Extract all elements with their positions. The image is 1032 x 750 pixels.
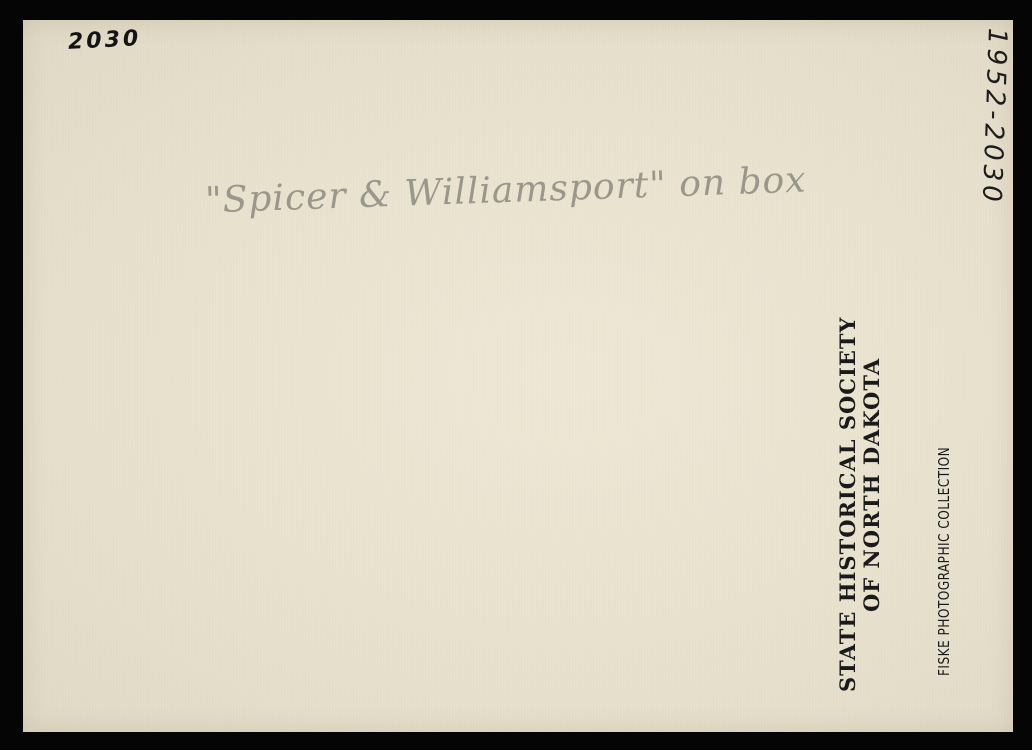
collection-stamp: FISKE PHOTOGRAPHIC COLLECTION	[935, 447, 953, 676]
stamp-line-society: STATE HISTORICAL SOCIETY	[835, 317, 860, 692]
institution-stamp: STATE HISTORICAL SOCIETY OF NORTH DAKOTA	[825, 320, 945, 700]
stamp-line-state: OF NORTH DAKOTA	[859, 358, 884, 612]
scan-frame: 2030 "Spicer & Williamsport" on box 1952…	[0, 0, 1032, 750]
catalog-number: 2030	[67, 26, 141, 55]
